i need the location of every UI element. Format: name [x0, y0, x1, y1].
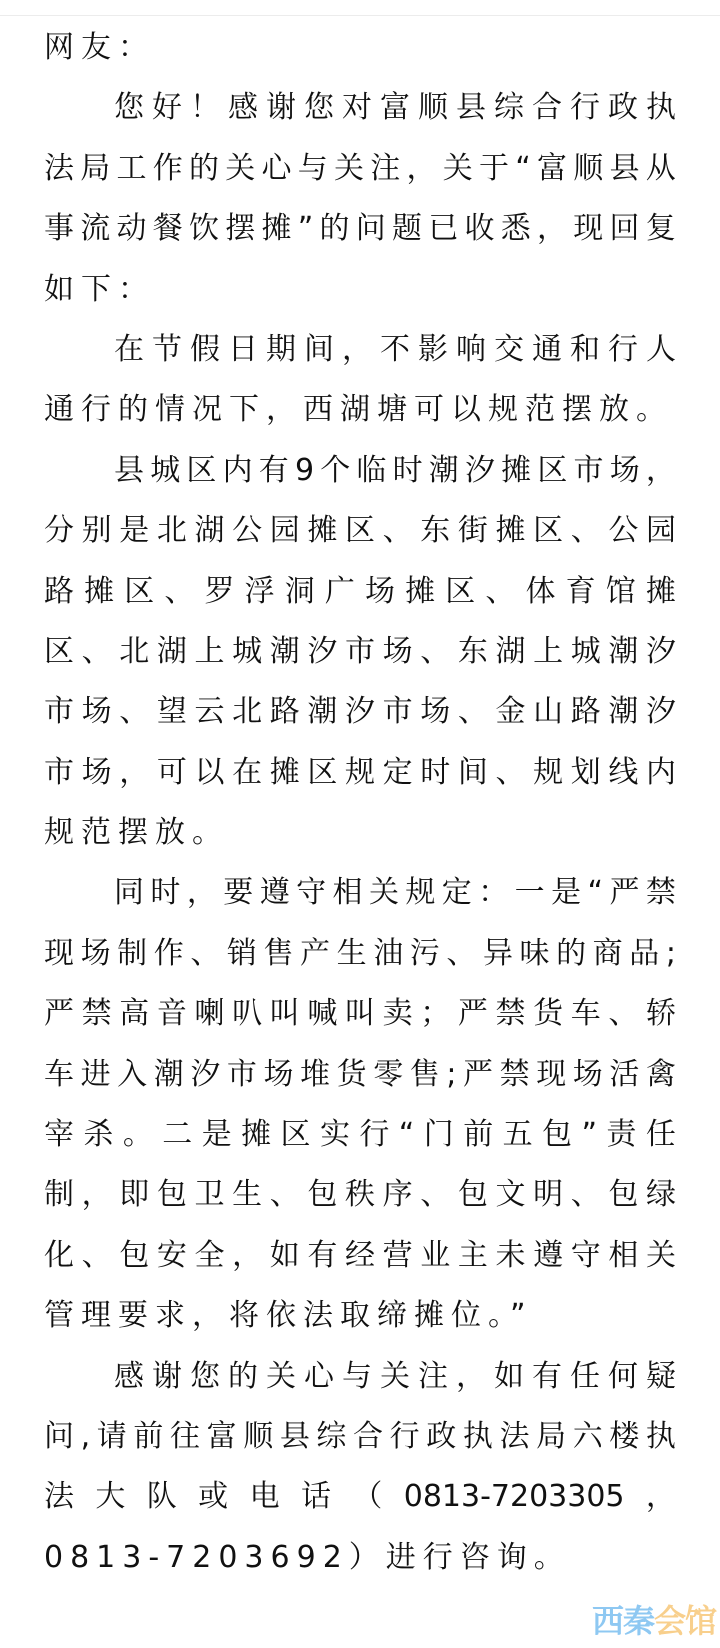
- glyph: 主: [458, 1226, 488, 1286]
- glyph: 节: [152, 320, 182, 380]
- glyph: 零: [373, 1045, 403, 1105]
- glyph: 从: [646, 139, 676, 199]
- glyph: 场: [81, 924, 111, 984]
- glyph: 未: [496, 1226, 526, 1286]
- glyph: 是: [202, 1105, 232, 1165]
- glyph: 定: [383, 743, 413, 803]
- text-line: 如下：: [44, 260, 676, 320]
- glyph: 洞: [285, 562, 315, 622]
- glyph: 不: [380, 320, 410, 380]
- glyph: 县: [114, 441, 144, 501]
- glyph: 大: [95, 1467, 125, 1527]
- glyph: 执: [463, 1407, 493, 1467]
- glyph: 规: [345, 743, 375, 803]
- glyph: 化: [44, 1226, 74, 1286]
- text-line: 事流动餐饮摆摊”的问题已收悉，现回复: [44, 199, 676, 259]
- glyph: 、: [446, 924, 476, 984]
- glyph: 汐: [345, 682, 375, 742]
- glyph: 队: [147, 1467, 177, 1527]
- glyph: 城: [150, 441, 180, 501]
- glyph: 有: [532, 1347, 562, 1407]
- glyph: 销: [227, 924, 257, 984]
- glyph: 摊: [241, 1105, 271, 1165]
- glyph: 、: [383, 501, 413, 561]
- glyph: 产: [300, 924, 330, 984]
- glyph: 顺: [573, 139, 603, 199]
- glyph: 异: [483, 924, 513, 984]
- glyph: 卖: [383, 984, 413, 1044]
- text-line: 市场，可以在摊区规定时间、规划线内: [44, 743, 676, 803]
- reply-document: 网友： 您好！感谢您对富顺县综合行政执法局工作的关心与关注，关于“富顺县从事流动…: [44, 18, 676, 1588]
- glyph: 假: [190, 320, 220, 380]
- glyph: 任: [646, 1105, 676, 1165]
- text-line: 感谢您的关心与关注，如有任何疑: [44, 1347, 676, 1407]
- glyph: 东: [420, 501, 450, 561]
- glyph: 回: [610, 199, 640, 259]
- glyph: 通: [532, 320, 562, 380]
- watermark-part-b: 会馆: [654, 1602, 716, 1640]
- glyph: （: [352, 1467, 382, 1527]
- glyph: 问: [356, 199, 386, 259]
- glyph: 汐: [646, 682, 676, 742]
- glyph: 往: [170, 1407, 200, 1467]
- glyph: 绿: [646, 1165, 676, 1225]
- glyph: 上: [195, 622, 225, 682]
- glyph: 区: [537, 441, 567, 501]
- glyph: 关: [380, 1347, 410, 1407]
- glyph: “: [587, 863, 603, 923]
- glyph: 包: [458, 1165, 488, 1225]
- glyph: 宰: [44, 1105, 74, 1165]
- glyph: 的: [228, 1347, 258, 1407]
- glyph: 北: [119, 622, 149, 682]
- glyph: 摊: [307, 501, 337, 561]
- glyph: ”: [298, 199, 314, 259]
- glyph: 县: [456, 78, 486, 138]
- glyph: 售: [410, 1045, 440, 1105]
- glyph: 云: [195, 682, 225, 742]
- glyph: ，: [232, 1226, 262, 1286]
- glyph: 期: [266, 320, 296, 380]
- glyph: 9: [295, 441, 314, 501]
- glyph: 顺: [243, 1407, 273, 1467]
- glyph: 区: [533, 501, 563, 561]
- glyph: 局: [80, 139, 110, 199]
- glyph: 谢: [266, 78, 296, 138]
- glyph: 综: [494, 78, 524, 138]
- glyph: 内: [223, 441, 253, 501]
- top-divider: [0, 15, 720, 16]
- glyph: 市: [345, 622, 375, 682]
- glyph: 个: [320, 441, 350, 501]
- glyph: 车: [571, 984, 601, 1044]
- glyph: 规: [533, 743, 563, 803]
- glyph: 湖: [157, 622, 187, 682]
- glyph: ；: [420, 984, 450, 1044]
- glyph: 感: [114, 1347, 144, 1407]
- glyph: ;: [446, 1045, 456, 1105]
- glyph: 楼: [609, 1407, 639, 1467]
- glyph: 、: [571, 1165, 601, 1225]
- glyph: 禁: [496, 984, 526, 1044]
- glyph: 富: [537, 139, 567, 199]
- glyph: 如: [494, 1347, 524, 1407]
- glyph: 您: [190, 1347, 220, 1407]
- glyph: 电: [250, 1467, 280, 1527]
- glyph: ，: [187, 863, 217, 923]
- glyph: 汐: [190, 1045, 220, 1105]
- glyph: ，: [537, 199, 567, 259]
- glyph: 经: [345, 1226, 375, 1286]
- glyph: 生: [337, 924, 367, 984]
- glyph: 对: [342, 78, 372, 138]
- glyph: 车: [44, 1045, 74, 1105]
- glyph: 作: [154, 924, 184, 984]
- glyph: 遵: [260, 863, 290, 923]
- glyph: 安: [157, 1226, 187, 1286]
- glyph: 疑: [646, 1347, 676, 1407]
- watermark-logo: 西秦会馆: [592, 1596, 716, 1642]
- glyph: 如: [270, 1226, 300, 1286]
- glyph: 关: [646, 1226, 676, 1286]
- glyph: 场: [263, 1045, 293, 1105]
- glyph: 别: [82, 501, 112, 561]
- glyph: 注: [370, 139, 400, 199]
- glyph: 潮: [429, 441, 459, 501]
- glyph: 责: [606, 1105, 636, 1165]
- glyph: 高: [119, 984, 149, 1044]
- glyph: 有: [259, 441, 289, 501]
- glyph: 卫: [195, 1165, 225, 1225]
- glyph: 合: [353, 1407, 383, 1467]
- glyph: 间: [304, 320, 334, 380]
- glyph: 潮: [154, 1045, 184, 1105]
- glyph: 、: [164, 562, 194, 622]
- glyph: 入: [117, 1045, 147, 1105]
- glyph: 间: [458, 743, 488, 803]
- glyph: 影: [418, 320, 448, 380]
- glyph: 要: [223, 863, 253, 923]
- text-line: 您好！感谢您对富顺县综合行政执: [44, 78, 676, 138]
- glyph: 的: [556, 924, 586, 984]
- glyph: 包: [157, 1165, 187, 1225]
- text-line: 规范摆放。: [44, 803, 676, 863]
- glyph: 、: [571, 501, 601, 561]
- text-line: 分别是北湖公园摊区、东街摊区、公园: [44, 501, 676, 561]
- glyph: 一: [515, 863, 545, 923]
- paragraphs: 您好！感谢您对富顺县综合行政执法局工作的关心与关注，关于“富顺县从事流动餐饮摆摊…: [44, 78, 676, 1588]
- watermark-part-a: 西秦: [592, 1602, 654, 1640]
- glyph: 顺: [418, 78, 448, 138]
- glyph: 饮: [189, 199, 219, 259]
- glyph: 县: [280, 1407, 310, 1467]
- glyph: 收: [465, 199, 495, 259]
- glyph: 叫: [345, 984, 375, 1044]
- glyph: 现: [536, 1045, 566, 1105]
- glyph: 营: [383, 1226, 413, 1286]
- glyph: 北: [157, 501, 187, 561]
- glyph: 区: [445, 562, 475, 622]
- glyph: 题: [392, 199, 422, 259]
- glyph: ，: [646, 1467, 676, 1527]
- glyph: 事: [44, 199, 74, 259]
- glyph: 谢: [152, 1347, 182, 1407]
- glyph: 悉: [501, 199, 531, 259]
- glyph: 同: [114, 863, 144, 923]
- glyph: 序: [383, 1165, 413, 1225]
- text-line: 严禁高音喇叭叫喊叫卖；严禁货车、轿: [44, 984, 676, 1044]
- glyph: 明: [533, 1165, 563, 1225]
- glyph: 、: [420, 622, 450, 682]
- glyph: 场: [610, 441, 640, 501]
- glyph: 湖: [496, 622, 526, 682]
- glyph: 湖: [195, 501, 225, 561]
- glyph: 路: [571, 682, 601, 742]
- text-line: 车进入潮汐市场堆货零售;严禁现场活禽: [44, 1045, 676, 1105]
- glyph: 时: [393, 441, 423, 501]
- glyph: 场: [573, 1045, 603, 1105]
- glyph: 心: [304, 1347, 334, 1407]
- glyph: 与: [298, 139, 328, 199]
- glyph: 富: [380, 78, 410, 138]
- glyph: 在: [114, 320, 144, 380]
- glyph: 政: [608, 78, 638, 138]
- glyph: 区: [186, 441, 216, 501]
- glyph: ”: [581, 1105, 597, 1165]
- glyph: 与: [342, 1347, 372, 1407]
- glyph: 的: [320, 199, 350, 259]
- glyph: 叭: [232, 984, 262, 1044]
- glyph: 路: [270, 682, 300, 742]
- glyph: 品: [629, 924, 659, 984]
- glyph: ，: [646, 441, 676, 501]
- glyph: 叫: [270, 984, 300, 1044]
- glyph: 心: [262, 139, 292, 199]
- glyph: ，: [456, 1347, 486, 1407]
- text-line: 现场制作、销售产生油污、异味的商品;: [44, 924, 676, 984]
- glyph: 时: [420, 743, 450, 803]
- glyph: 严: [44, 984, 74, 1044]
- glyph: 法: [44, 1467, 74, 1527]
- glyph: 分: [44, 501, 74, 561]
- glyph: 门: [424, 1105, 454, 1165]
- glyph: 、: [270, 1165, 300, 1225]
- glyph: 潮: [307, 682, 337, 742]
- text-line: 在节假日期间，不影响交通和行人: [44, 320, 676, 380]
- glyph: “: [399, 1105, 415, 1165]
- glyph: 生: [232, 1165, 262, 1225]
- glyph: 、: [608, 984, 638, 1044]
- glyph: 县: [610, 139, 640, 199]
- glyph: 您: [304, 78, 334, 138]
- glyph: 时: [150, 863, 180, 923]
- glyph: 以: [195, 743, 225, 803]
- glyph: 摆: [225, 199, 255, 259]
- glyph: 育: [566, 562, 596, 622]
- glyph: 味: [520, 924, 550, 984]
- glyph: 摊: [646, 562, 676, 622]
- glyph: 摊: [270, 743, 300, 803]
- glyph: 汐: [646, 622, 676, 682]
- glyph: 划: [571, 743, 601, 803]
- glyph: “: [515, 139, 531, 199]
- glyph: 或: [198, 1467, 228, 1527]
- glyph: 严: [463, 1045, 493, 1105]
- glyph: 堆: [300, 1045, 330, 1105]
- glyph: ：: [478, 863, 508, 923]
- salutation: 网友：: [44, 18, 676, 78]
- glyph: 0813-7203305: [404, 1467, 625, 1527]
- glyph: 全: [195, 1226, 225, 1286]
- glyph: 园: [270, 501, 300, 561]
- glyph: 区: [44, 622, 74, 682]
- glyph: 内: [646, 743, 676, 803]
- text-line: 化、包安全，如有经营业主未遵守相关: [44, 1226, 676, 1286]
- text-line: 0813-7203692）进行咨询。: [44, 1528, 676, 1588]
- glyph: 潮: [608, 622, 638, 682]
- glyph: 、: [458, 682, 488, 742]
- glyph: 的: [189, 139, 219, 199]
- glyph: 潮: [270, 622, 300, 682]
- glyph: 守: [571, 1226, 601, 1286]
- glyph: 执: [646, 78, 676, 138]
- glyph: 喇: [195, 984, 225, 1044]
- glyph: 秩: [345, 1165, 375, 1225]
- glyph: 园: [646, 501, 676, 561]
- glyph: 在: [232, 743, 262, 803]
- glyph: 油: [373, 924, 403, 984]
- glyph: 守: [296, 863, 326, 923]
- paragraph-closing: 感谢您的关心与关注，如有任何疑问,请前往富顺县综合行政执法局六楼执法大队或电话（…: [44, 1347, 676, 1589]
- glyph: 禁: [646, 863, 676, 923]
- glyph: 即: [119, 1165, 149, 1225]
- glyph: 是: [119, 501, 149, 561]
- paragraph-markets: 县城区内有9个临时潮汐摊区市场，分别是北湖公园摊区、东街摊区、公园路摊区、罗浮洞…: [44, 441, 676, 864]
- glyph: 规: [405, 863, 435, 923]
- glyph: 文: [496, 1165, 526, 1225]
- glyph: 禽: [646, 1045, 676, 1105]
- glyph: 公: [232, 501, 262, 561]
- glyph: 关: [443, 139, 473, 199]
- text-line: 县城区内有9个临时潮汐摊区市场，: [44, 441, 676, 501]
- glyph: 、: [485, 562, 515, 622]
- glyph: 。: [123, 1105, 153, 1165]
- glyph: ，: [119, 743, 149, 803]
- glyph: 现: [573, 199, 603, 259]
- glyph: 体: [526, 562, 556, 622]
- glyph: 望: [157, 682, 187, 742]
- glyph: 金: [496, 682, 526, 742]
- glyph: 政: [426, 1407, 456, 1467]
- glyph: 、: [420, 1165, 450, 1225]
- glyph: 市: [383, 682, 413, 742]
- glyph: 注: [418, 1347, 448, 1407]
- glyph: 摊: [262, 199, 292, 259]
- glyph: 关: [225, 139, 255, 199]
- glyph: 临: [356, 441, 386, 501]
- glyph: ,: [81, 1407, 91, 1467]
- glyph: ！: [190, 78, 220, 138]
- glyph: 场: [383, 622, 413, 682]
- glyph: 杀: [83, 1105, 113, 1165]
- glyph: 行: [570, 78, 600, 138]
- glyph: 任: [570, 1347, 600, 1407]
- glyph: 人: [646, 320, 676, 380]
- glyph: 有: [307, 1226, 337, 1286]
- glyph: 市: [44, 743, 74, 803]
- glyph: 浮: [245, 562, 275, 622]
- glyph: 局: [536, 1407, 566, 1467]
- glyph: 综: [316, 1407, 346, 1467]
- glyph: 作: [153, 139, 183, 199]
- glyph: 前: [133, 1407, 163, 1467]
- text-line: 市场、望云北路潮汐市场、金山路潮汐: [44, 682, 676, 742]
- glyph: 区: [345, 501, 375, 561]
- glyph: 市: [227, 1045, 257, 1105]
- glyph: 摊: [84, 562, 114, 622]
- glyph: 好: [152, 78, 182, 138]
- glyph: 五: [503, 1105, 533, 1165]
- glyph: 流: [80, 199, 110, 259]
- glyph: 场: [365, 562, 395, 622]
- glyph: 山: [533, 682, 563, 742]
- glyph: 馆: [606, 562, 636, 622]
- glyph: 关: [369, 863, 399, 923]
- glyph: 、: [496, 743, 526, 803]
- glyph: 上: [533, 622, 563, 682]
- glyph: 前: [463, 1105, 493, 1165]
- text-line: 制，即包卫生、包秩序、包文明、包绿: [44, 1165, 676, 1225]
- glyph: 行: [359, 1105, 389, 1165]
- glyph: 包: [608, 1165, 638, 1225]
- glyph: 二: [162, 1105, 192, 1165]
- glyph: 行: [608, 320, 638, 380]
- glyph: 东: [458, 622, 488, 682]
- glyph: 街: [458, 501, 488, 561]
- glyph: 已: [428, 199, 458, 259]
- glyph: 六: [573, 1407, 603, 1467]
- glyph: 货: [337, 1045, 367, 1105]
- glyph: 关: [334, 139, 364, 199]
- glyph: 场: [82, 743, 112, 803]
- glyph: 包: [119, 1226, 149, 1286]
- glyph: 严: [609, 863, 639, 923]
- glyph: 富: [207, 1407, 237, 1467]
- glyph: 可: [157, 743, 187, 803]
- glyph: 城: [232, 622, 262, 682]
- text-line: 法大队或电话（0813-7203305，: [44, 1467, 676, 1527]
- glyph: 货: [533, 984, 563, 1044]
- glyph: ，: [342, 320, 372, 380]
- glyph: 制: [44, 1165, 74, 1225]
- text-line: 区、北湖上城潮汐市场、东湖上城潮汐: [44, 622, 676, 682]
- glyph: 问: [44, 1407, 74, 1467]
- glyph: 禁: [500, 1045, 530, 1105]
- glyph: 法: [499, 1407, 529, 1467]
- text-line: 通行的情况下，西湖塘可以规范摆放。: [44, 380, 676, 440]
- glyph: 场: [420, 682, 450, 742]
- paragraph-rules: 同时，要遵守相关规定：一是“严禁现场制作、销售产生油污、异味的商品;严禁高音喇叭…: [44, 863, 676, 1346]
- glyph: 和: [570, 320, 600, 380]
- glyph: 执: [646, 1407, 676, 1467]
- glyph: 区: [281, 1105, 311, 1165]
- glyph: 包: [307, 1165, 337, 1225]
- glyph: 市: [44, 682, 74, 742]
- glyph: 摊: [496, 501, 526, 561]
- glyph: 遵: [533, 1226, 563, 1286]
- glyph: 、: [119, 682, 149, 742]
- glyph: 、: [82, 622, 112, 682]
